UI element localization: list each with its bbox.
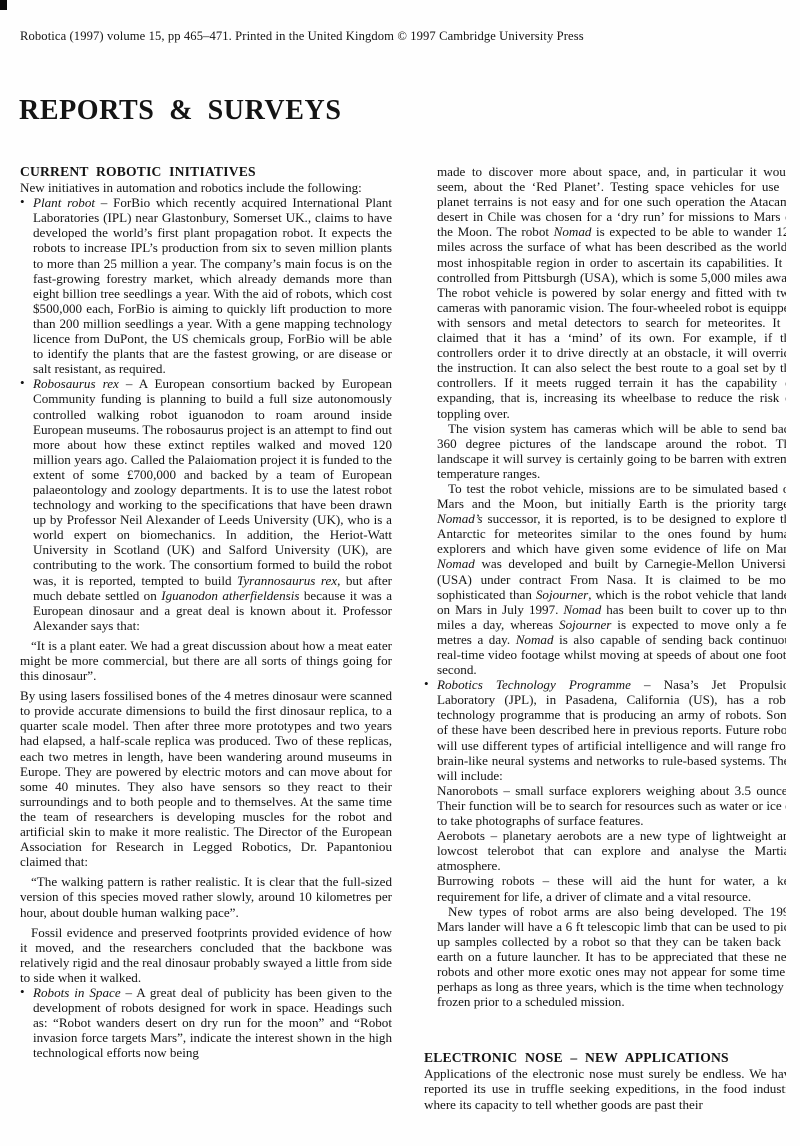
bullet-continuation-robots-in-space: made to discover more about space, and, … bbox=[424, 164, 786, 421]
section-heading-current-robotic-initiatives: CURRENT ROBOTIC INITIATIVES bbox=[20, 164, 392, 179]
bullet-item-robots-in-space: • Robots in Space – A great deal of publ… bbox=[20, 985, 392, 1060]
journal-running-header: Robotica (1997) volume 15, pp 465–471. P… bbox=[20, 29, 780, 44]
block-quote-plant-eater: “It is a plant eater. We had a great dis… bbox=[20, 638, 392, 683]
paragraph-electronic-nose: Applications of the electronic nose must… bbox=[424, 1066, 786, 1111]
intro-paragraph: New initiatives in automation and roboti… bbox=[20, 180, 392, 195]
paragraph-robot-arms: New types of robot arms are also being d… bbox=[424, 904, 786, 1010]
page-title: REPORTS & SURVEYS bbox=[19, 95, 342, 127]
bullet-marker: • bbox=[20, 375, 25, 390]
section-heading-electronic-nose: ELECTRONIC NOSE – NEW APPLICATIONS bbox=[424, 1050, 786, 1065]
bullet-text: Plant robot – ForBio which recently acqu… bbox=[33, 195, 392, 376]
paragraph-vision-system: The vision system has cameras which will… bbox=[424, 421, 786, 481]
two-column-body: CURRENT ROBOTIC INITIATIVES New initiati… bbox=[20, 164, 786, 1146]
paragraph-nanorobots: Nanorobots – small surface explorers wei… bbox=[424, 783, 786, 828]
bullet-text: Robots in Space – A great deal of public… bbox=[33, 985, 392, 1060]
bullet-marker: • bbox=[424, 676, 429, 691]
bullet-marker: • bbox=[20, 984, 25, 999]
paragraph-laser-scanning: By using lasers fossilised bones of the … bbox=[20, 688, 392, 869]
left-column: CURRENT ROBOTIC INITIATIVES New initiati… bbox=[20, 164, 392, 1146]
bullet-item-robosaurus-rex: • Robosaurus rex – A European consortium… bbox=[20, 376, 392, 633]
bullet-text: Robotics Technology Programme – Nasa’s J… bbox=[437, 677, 786, 783]
paragraph-fossil-evidence: Fossil evidence and preserved footprints… bbox=[20, 925, 392, 985]
bullet-item-robotics-technology-programme: • Robotics Technology Programme – Nasa’s… bbox=[424, 677, 786, 783]
right-column: made to discover more about space, and, … bbox=[424, 164, 786, 1146]
block-quote-walking-pattern: “The walking pattern is rather realistic… bbox=[20, 874, 392, 919]
paragraph-aerobots: Aerobots – planetary aerobots are a new … bbox=[424, 828, 786, 873]
paragraph-burrowing-robots: Burrowing robots – these will aid the hu… bbox=[424, 873, 786, 903]
bullet-marker: • bbox=[20, 194, 25, 209]
bullet-text: Robosaurus rex – A European consortium b… bbox=[33, 376, 392, 633]
journal-page: Robotica (1997) volume 15, pp 465–471. P… bbox=[0, 0, 800, 1146]
print-registration-mark bbox=[0, 0, 7, 10]
bullet-item-plant-robot: • Plant robot – ForBio which recently ac… bbox=[20, 195, 392, 376]
section-gap bbox=[424, 1009, 786, 1050]
paragraph-nomad-missions: To test the robot vehicle, missions are … bbox=[424, 481, 786, 677]
